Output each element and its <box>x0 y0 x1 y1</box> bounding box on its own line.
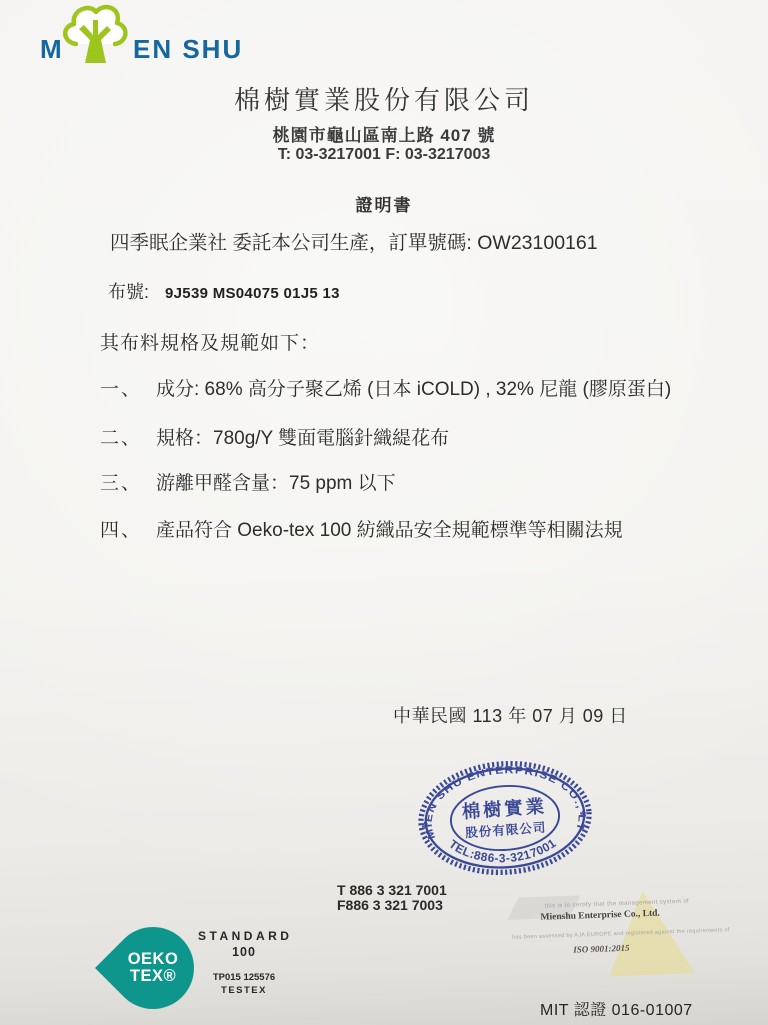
mit-certification: MIT 認證 016-01007 <box>540 997 693 1020</box>
iso-certificate-watermark: this is to certify that the management s… <box>504 886 737 989</box>
fabric-number-value: 9J539 MS04075 01J5 13 <box>165 285 340 302</box>
spec-item-4: 四、 產品符合 Oeko-tex 100 紡織品安全規範標準等相關法規 <box>100 515 623 542</box>
iso-line2: has been assessed by AJA EUROPE and regi… <box>498 927 744 942</box>
stamp-company-suffix: 股份有限公司 <box>465 820 547 841</box>
spec-item-4-text: 產品符合 Oeko-tex 100 紡織品安全規範標準等相關法規 <box>156 515 623 542</box>
fabric-number-line: 布號: 9J539 MS04075 01J5 13 <box>108 278 340 304</box>
client-order-line: 四季眠企業社 委託本公司生產，訂單號碼: OW23100161 <box>110 227 598 255</box>
oeko-cert-number: TP015 125576 <box>198 972 290 983</box>
oeko-tex-drop-text: OEKO TEX® <box>112 927 194 1009</box>
spec-item-3-number: 三、 <box>100 468 144 495</box>
stamp-flower-right-icon: ✽ <box>579 809 587 819</box>
spec-item-2-text: 規格：780g/Y 雙面電腦針織緹花布 <box>156 423 449 450</box>
tree-icon <box>60 2 130 64</box>
company-phone: T: 03-3217001 F: 03-3217003 <box>0 146 768 164</box>
stamp-flower-left-icon: ✽ <box>421 820 429 830</box>
certificate-title: 證明書 <box>0 191 768 216</box>
spec-item-1: 一、 成分: 68% 高分子聚乙烯 (日本 iCOLD) , 32% 尼龍 (膠… <box>100 374 671 401</box>
oeko-institute: TESTEX <box>198 985 290 996</box>
spec-item-4-number: 四、 <box>100 515 144 542</box>
spec-item-3-text: 游離甲醛含量：75 ppm 以下 <box>156 468 396 495</box>
fabric-number-label: 布號: <box>108 278 149 304</box>
company-name: 棉樹實業股份有限公司 <box>0 80 768 117</box>
spec-intro: 其布料規格及規範如下： <box>100 328 320 355</box>
footer-fax: F886 3 321 7003 <box>337 898 447 913</box>
spec-item-2-number: 二、 <box>100 423 144 450</box>
oeko-word: OEKO <box>128 951 179 968</box>
oeko-standard-number: 100 <box>198 945 290 959</box>
logo-text: EN SHU <box>133 34 243 65</box>
oeko-tex-drop-icon: OEKO TEX® <box>95 910 211 1025</box>
spec-item-1-number: 一、 <box>100 374 144 401</box>
oeko-standard-word: STANDARD <box>198 929 290 943</box>
oeko-tex-label: OEKO TEX® STANDARD 100 TP015 125576 TEST… <box>108 921 288 1013</box>
oeko-tex-details: STANDARD 100 TP015 125576 TESTEX <box>198 929 290 996</box>
roc-date: 中華民國 113 年 07 月 09 日 <box>393 702 628 728</box>
spec-item-1-text: 成分: 68% 高分子聚乙烯 (日本 iCOLD) , 32% 尼龍 (膠原蛋白… <box>156 374 671 401</box>
footer-phones: T 886 3 321 7001 F886 3 321 7003 <box>337 883 447 913</box>
footer-tel: T 886 3 321 7001 <box>337 883 447 898</box>
spec-item-3: 三、 游離甲醛含量：75 ppm 以下 <box>100 468 396 495</box>
company-address: 桃園市龜山區南上路 407 號 <box>0 121 768 146</box>
company-stamp: MIEN SHU ENTERPRISE CO., LTD TEL:886-3-3… <box>408 753 602 884</box>
spec-item-2: 二、 規格：780g/Y 雙面電腦針織緹花布 <box>100 423 449 450</box>
certificate-page: M EN SHU 棉樹實業股份有限公司 桃園市龜山區南上路 407 號 T: 0… <box>0 0 768 1025</box>
stamp-company-short: 棉樹實業 <box>461 795 547 822</box>
tex-word: TEX® <box>130 968 176 985</box>
